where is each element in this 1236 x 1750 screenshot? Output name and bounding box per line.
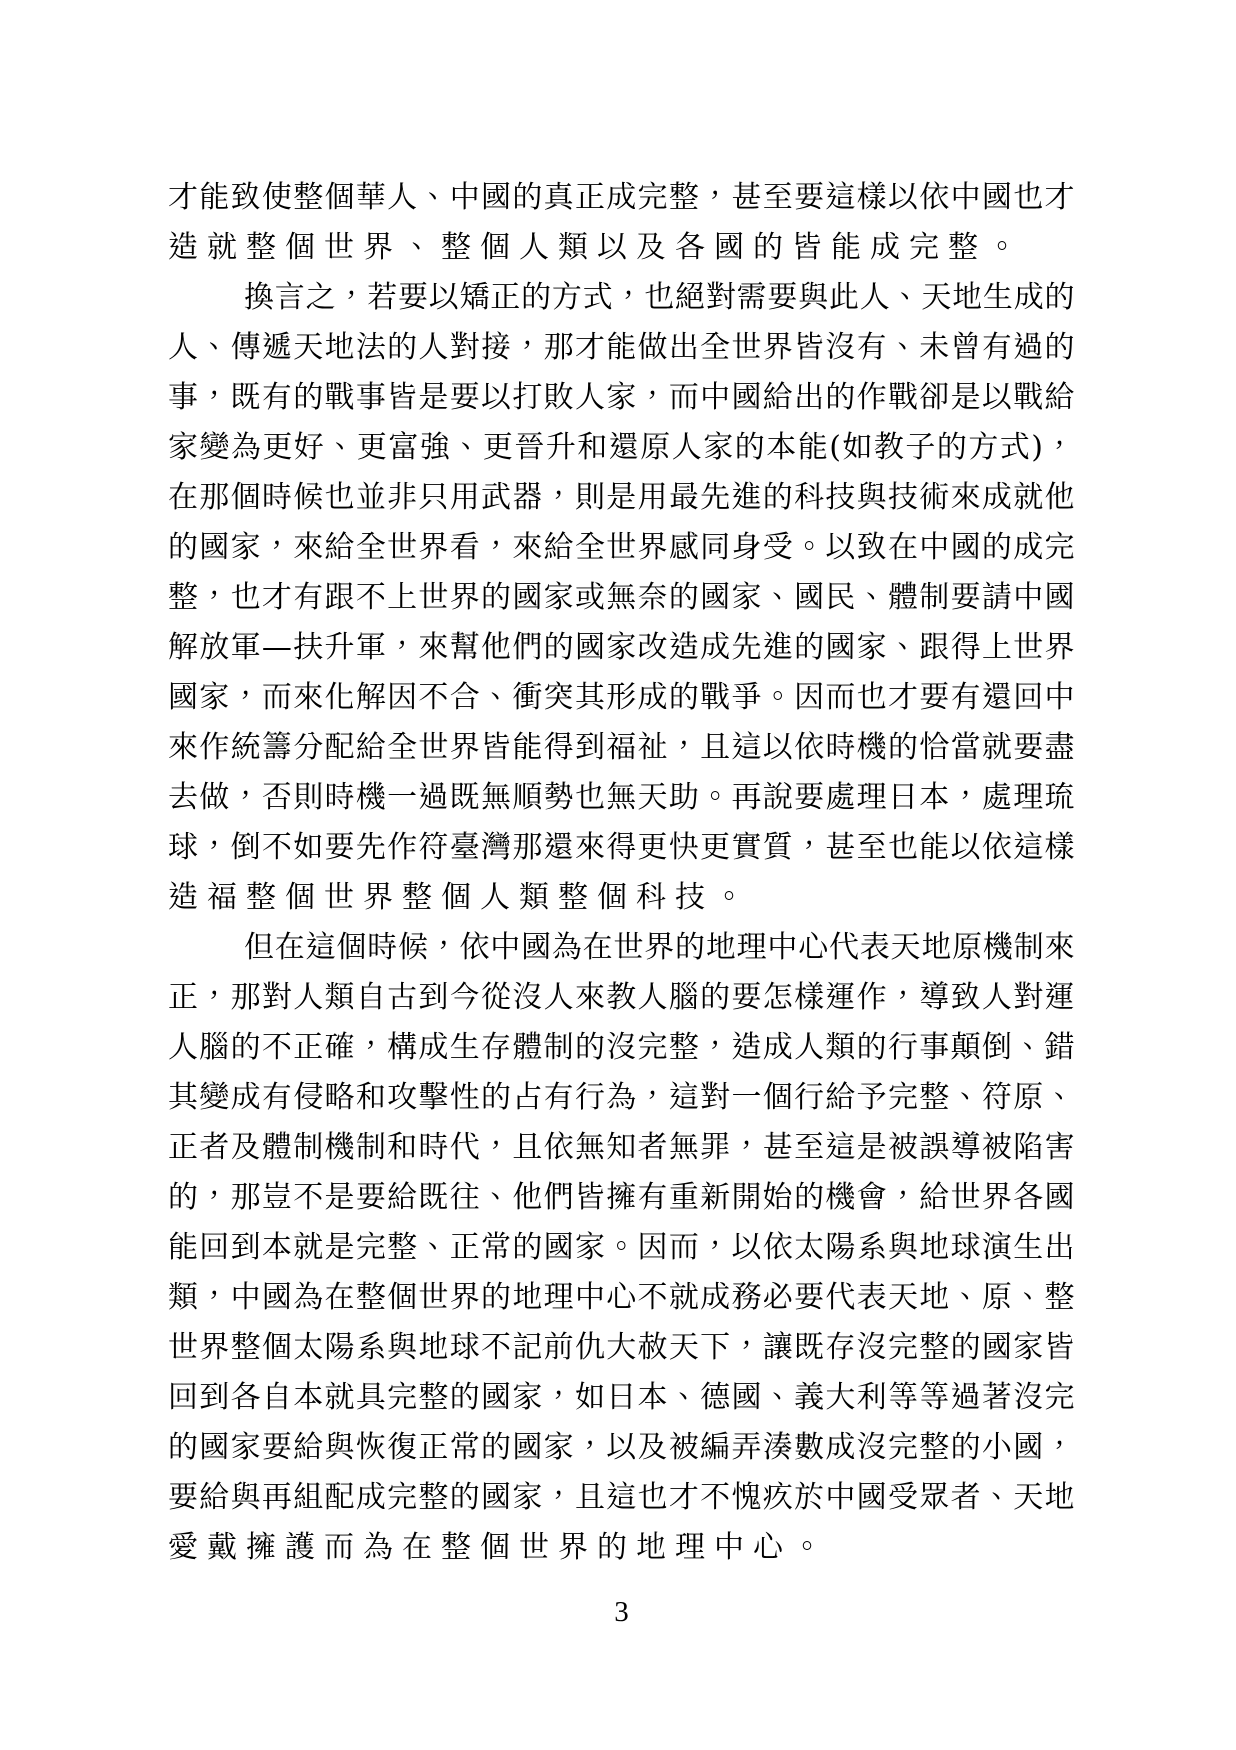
text-line: 的國家要給與恢復正常的國家，以及被編弄湊數成沒完整的小國，也 xyxy=(168,1423,1075,1473)
text-line: 國家，而來化解因不合、衝突其形成的戰爭。因而也才要有還回中國 xyxy=(168,673,1075,723)
text-line: 人腦的不正確，構成生存體制的沒完整，造成人類的行事顛倒、錯誤 xyxy=(168,1023,1075,1073)
text-line: 才能致使整個華人、中國的真正成完整，甚至要這樣以依中國也才能 xyxy=(168,173,1075,223)
paragraph: 但在這個時候，依中國為在世界的地理中心代表天地原機制來扶正，那對人類自古到今從沒… xyxy=(168,923,1075,1573)
text-line: 回到各自本就具完整的國家，如日本、德國、義大利等等過著沒完整 xyxy=(168,1373,1075,1423)
text-line: 要給與再組配成完整的國家，且這也才不愧疚於中國受眾者、天地的 xyxy=(168,1473,1075,1523)
text-line: 的國家，來給全世界看，來給全世界感同身受。以致在中國的成完 xyxy=(168,523,1075,573)
text-line: 但在這個時候，依中國為在世界的地理中心代表天地原機制來扶 xyxy=(168,923,1075,973)
text-line: 其變成有侵略和攻擊性的占有行為，這對一個行給予完整、符原、扶 xyxy=(168,1073,1075,1123)
text-line: 來作統籌分配給全世界皆能得到福祉，且這以依時機的恰當就要盡速 xyxy=(168,723,1075,773)
text-line: 整，也才有跟不上世界的國家或無奈的國家、國民、體制要請中國的 xyxy=(168,573,1075,623)
text-line: 的，那豈不是要給既往、他們皆擁有重新開始的機會，給世界各國皆 xyxy=(168,1173,1075,1223)
paragraph: 換言之，若要以矯正的方式，也絕對需要與此人、天地生成的人、傳遞天地法的人對接，那… xyxy=(168,273,1075,923)
text-line: 世界整個太陽系與地球不記前仇大赦天下，讓既存沒完整的國家皆能 xyxy=(168,1323,1075,1373)
page-number: 3 xyxy=(168,1592,1075,1632)
text-line: 正，那對人類自古到今從沒人來教人腦的要怎樣運作，導致人對運作 xyxy=(168,973,1075,1023)
text-line: 造就整個世界、整個人類以及各國的皆能成完整。 xyxy=(168,223,1075,273)
text-line: 能回到本就是完整、正常的國家。因而，以依太陽系與地球演生出人 xyxy=(168,1223,1075,1273)
text-line: 類，中國為在整個世界的地理中心不就成務必要代表天地、原、整個 xyxy=(168,1273,1075,1323)
document-page: 才能致使整個華人、中國的真正成完整，甚至要這樣以依中國也才能造就整個世界、整個人… xyxy=(0,0,1236,1750)
text-line: 事，既有的戰事皆是要以打敗人家，而中國給出的作戰卻是以戰給人 xyxy=(168,373,1075,423)
text-line: 解放軍—扶升軍，來幫他們的國家改造成先進的國家、跟得上世界的 xyxy=(168,623,1075,673)
text-line: 換言之，若要以矯正的方式，也絕對需要與此人、天地生成的 xyxy=(168,273,1075,323)
text-line: 人、傳遞天地法的人對接，那才能做出全世界皆沒有、未曾有過的戰 xyxy=(168,323,1075,373)
paragraph: 才能致使整個華人、中國的真正成完整，甚至要這樣以依中國也才能造就整個世界、整個人… xyxy=(168,173,1075,273)
text-line: 正者及體制機制和時代，且依無知者無罪，甚至這是被誤導被陷害 xyxy=(168,1123,1075,1173)
text-block: 才能致使整個華人、中國的真正成完整，甚至要這樣以依中國也才能造就整個世界、整個人… xyxy=(168,173,1075,1573)
text-line: 家變為更好、更富強、更晉升和還原人家的本能(如教子的方式)，但 xyxy=(168,423,1075,473)
text-line: 球，倒不如要先作符臺灣那還來得更快更實質，甚至也能以依這樣來 xyxy=(168,823,1075,873)
text-line: 愛戴擁護而為在整個世界的地理中心。 xyxy=(168,1523,1075,1573)
text-line: 去做，否則時機一過既無順勢也無天助。再說要處理日本，處理琉 xyxy=(168,773,1075,823)
text-line: 造福整個世界整個人類整個科技。 xyxy=(168,873,1075,923)
text-line: 在那個時候也並非只用武器，則是用最先進的科技與技術來成就他們 xyxy=(168,473,1075,523)
